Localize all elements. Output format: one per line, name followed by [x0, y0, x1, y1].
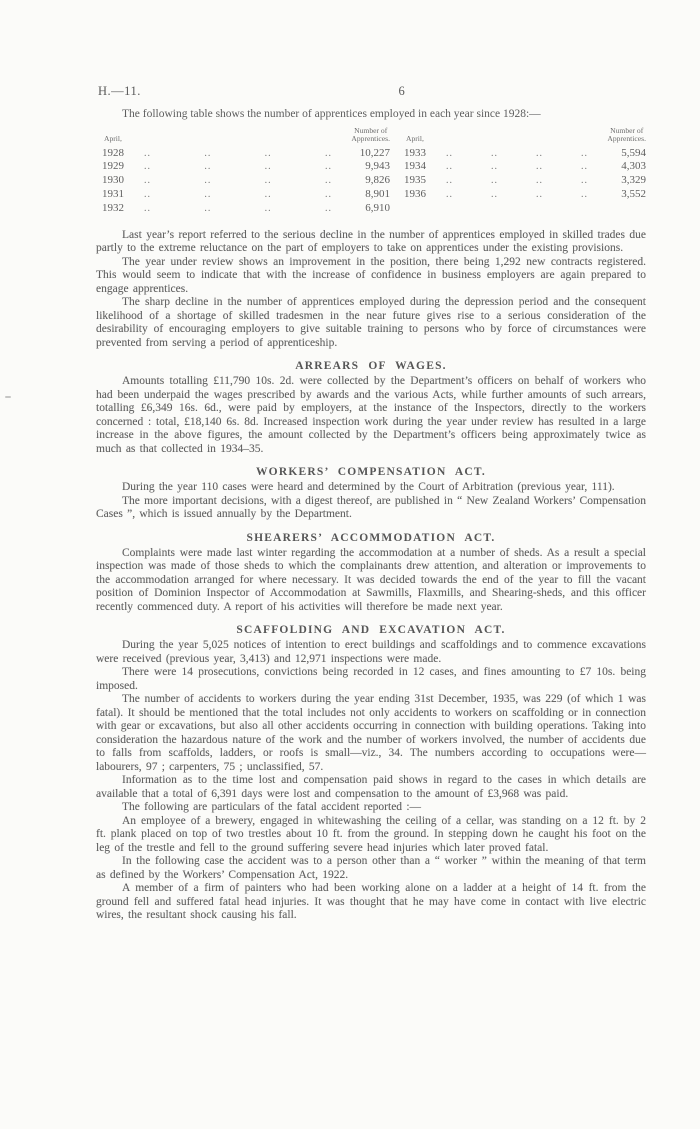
dot-leader: ..: [204, 174, 211, 188]
value-cell: 9,943: [342, 160, 390, 174]
year-column-header: April,: [102, 135, 122, 144]
dot-leader: ..: [446, 188, 453, 202]
table-row: 1936 ........ 3,552: [404, 188, 646, 202]
dot-leader: ..: [204, 202, 211, 216]
dot-leader: ..: [144, 160, 151, 174]
value-cell: 8,901: [342, 188, 390, 202]
value-column-header-line2: Apprentices.: [607, 134, 646, 143]
year-cell: 1934: [404, 160, 442, 174]
dot-leader: ..: [581, 188, 588, 202]
paragraph: The following are particulars of the fat…: [96, 801, 646, 815]
dot-leader: ..: [325, 160, 332, 174]
paragraph: An employee of a brewery, engaged in whi…: [96, 815, 646, 856]
year-cell: 1936: [404, 188, 442, 202]
dot-leader: ..: [536, 147, 543, 161]
apprentices-table-left-half: April, Number of Apprentices. 1928 .....…: [102, 127, 390, 216]
section-heading-workers-compensation-act: WORKERS’ COMPENSATION ACT.: [96, 466, 646, 478]
section-apprentices: Last year’s report referred to the serio…: [96, 229, 646, 351]
table-row: 1934 ........ 4,303: [404, 160, 646, 174]
year-column-header: April,: [404, 135, 424, 144]
year-cell: 1929: [102, 160, 140, 174]
paragraph: Amounts totalling £11,790 10s. 2d. were …: [96, 375, 646, 456]
value-cell: 3,329: [598, 174, 646, 188]
paragraph: There were 14 prosecutions, convictions …: [96, 666, 646, 693]
dot-leaders: ........: [442, 188, 598, 202]
paragraph: The sharp decline in the number of appre…: [96, 296, 646, 350]
year-cell: 1935: [404, 174, 442, 188]
year-cell: 1932: [102, 202, 140, 216]
paragraph: The more important decisions, with a dig…: [96, 495, 646, 522]
year-cell: 1930: [102, 174, 140, 188]
dot-leader: ..: [204, 160, 211, 174]
page-number: 6: [399, 84, 405, 99]
paragraph: The number of accidents to workers durin…: [96, 693, 646, 774]
value-column-header: Number of Apprentices.: [607, 127, 646, 144]
paragraph: A member of a firm of painters who had b…: [96, 882, 646, 923]
report-number: H.—11.: [98, 84, 141, 99]
dot-leader: ..: [325, 147, 332, 161]
dot-leader: ..: [446, 147, 453, 161]
dot-leaders: ........: [140, 188, 342, 202]
dot-leader: ..: [491, 160, 498, 174]
section-workers-compensation-act: WORKERS’ COMPENSATION ACT. During the ye…: [96, 466, 646, 522]
dot-leader: ..: [491, 174, 498, 188]
table-row: 1933 ........ 5,594: [404, 147, 646, 161]
table-row: 1928 ........ 10,227: [102, 147, 390, 161]
dot-leader: ..: [581, 174, 588, 188]
dot-leader: ..: [265, 174, 272, 188]
value-cell: 5,594: [598, 147, 646, 161]
dot-leader: ..: [536, 188, 543, 202]
dot-leaders: ........: [140, 202, 342, 216]
apprentices-table: April, Number of Apprentices. 1928 .....…: [102, 127, 646, 216]
section-shearers-accommodation-act: SHEARERS’ ACCOMMODATION ACT. Complaints …: [96, 532, 646, 615]
dot-leaders: ........: [140, 174, 342, 188]
value-cell: 4,303: [598, 160, 646, 174]
dot-leader: ..: [536, 160, 543, 174]
paragraph: Information as to the time lost and comp…: [96, 774, 646, 801]
dot-leader: ..: [265, 188, 272, 202]
value-cell: 10,227: [342, 147, 390, 161]
dot-leader: ..: [491, 188, 498, 202]
dot-leader: ..: [144, 202, 151, 216]
dot-leader: ..: [581, 147, 588, 161]
dot-leader: ..: [325, 188, 332, 202]
section-arrears-of-wages: ARREARS OF WAGES. Amounts totalling £11,…: [96, 360, 646, 456]
value-cell: 6,910: [342, 202, 390, 216]
dot-leader: ..: [144, 174, 151, 188]
table-row: 1929 ........ 9,943: [102, 160, 390, 174]
page-header: H.—11. 6: [96, 84, 646, 100]
year-cell: 1928: [102, 147, 140, 161]
value-cell: 9,826: [342, 174, 390, 188]
dot-leaders: ........: [442, 160, 598, 174]
paragraph: During the year 110 cases were heard and…: [96, 481, 646, 495]
apprentices-table-right-half: April, Number of Apprentices. 1933 .....…: [404, 127, 646, 216]
value-column-header-line2: Apprentices.: [351, 134, 390, 143]
year-cell: 1931: [102, 188, 140, 202]
section-heading-scaffolding-and-excavation-act: SCAFFOLDING AND EXCAVATION ACT.: [96, 624, 646, 636]
dot-leader: ..: [325, 202, 332, 216]
section-heading-shearers-accommodation-act: SHEARERS’ ACCOMMODATION ACT.: [96, 532, 646, 544]
section-heading-arrears-of-wages: ARREARS OF WAGES.: [96, 360, 646, 372]
year-cell: 1933: [404, 147, 442, 161]
dot-leader: ..: [204, 188, 211, 202]
dot-leaders: ........: [442, 147, 598, 161]
dot-leader: ..: [265, 147, 272, 161]
dot-leader: ..: [536, 174, 543, 188]
table-row: 1930 ........ 9,826: [102, 174, 390, 188]
scan-artifact-mark: [5, 396, 11, 398]
intro-paragraph: The following table shows the number of …: [96, 108, 646, 122]
dot-leader: ..: [325, 174, 332, 188]
paragraph: Last year’s report referred to the serio…: [96, 229, 646, 256]
paragraph: Complaints were made last winter regardi…: [96, 547, 646, 615]
paragraph: The year under review shows an improveme…: [96, 256, 646, 297]
document-page: H.—11. 6 The following table shows the n…: [96, 84, 646, 923]
section-scaffolding-and-excavation-act: SCAFFOLDING AND EXCAVATION ACT. During t…: [96, 624, 646, 923]
dot-leaders: ........: [140, 160, 342, 174]
table-header-row: April, Number of Apprentices.: [404, 127, 646, 144]
dot-leader: ..: [581, 160, 588, 174]
value-cell: 3,552: [598, 188, 646, 202]
dot-leaders: ........: [140, 147, 342, 161]
dot-leader: ..: [265, 202, 272, 216]
dot-leaders: ........: [442, 174, 598, 188]
dot-leader: ..: [446, 160, 453, 174]
paragraph: In the following case the accident was t…: [96, 855, 646, 882]
table-row: 1931 ........ 8,901: [102, 188, 390, 202]
dot-leader: ..: [265, 160, 272, 174]
paragraph: During the year 5,025 notices of intenti…: [96, 639, 646, 666]
value-column-header: Number of Apprentices.: [351, 127, 390, 144]
dot-leader: ..: [491, 147, 498, 161]
dot-leader: ..: [446, 174, 453, 188]
table-row: 1932 ........ 6,910: [102, 202, 390, 216]
dot-leader: ..: [144, 188, 151, 202]
table-header-row: April, Number of Apprentices.: [102, 127, 390, 144]
dot-leader: ..: [144, 147, 151, 161]
table-row: 1935 ........ 3,329: [404, 174, 646, 188]
dot-leader: ..: [204, 147, 211, 161]
